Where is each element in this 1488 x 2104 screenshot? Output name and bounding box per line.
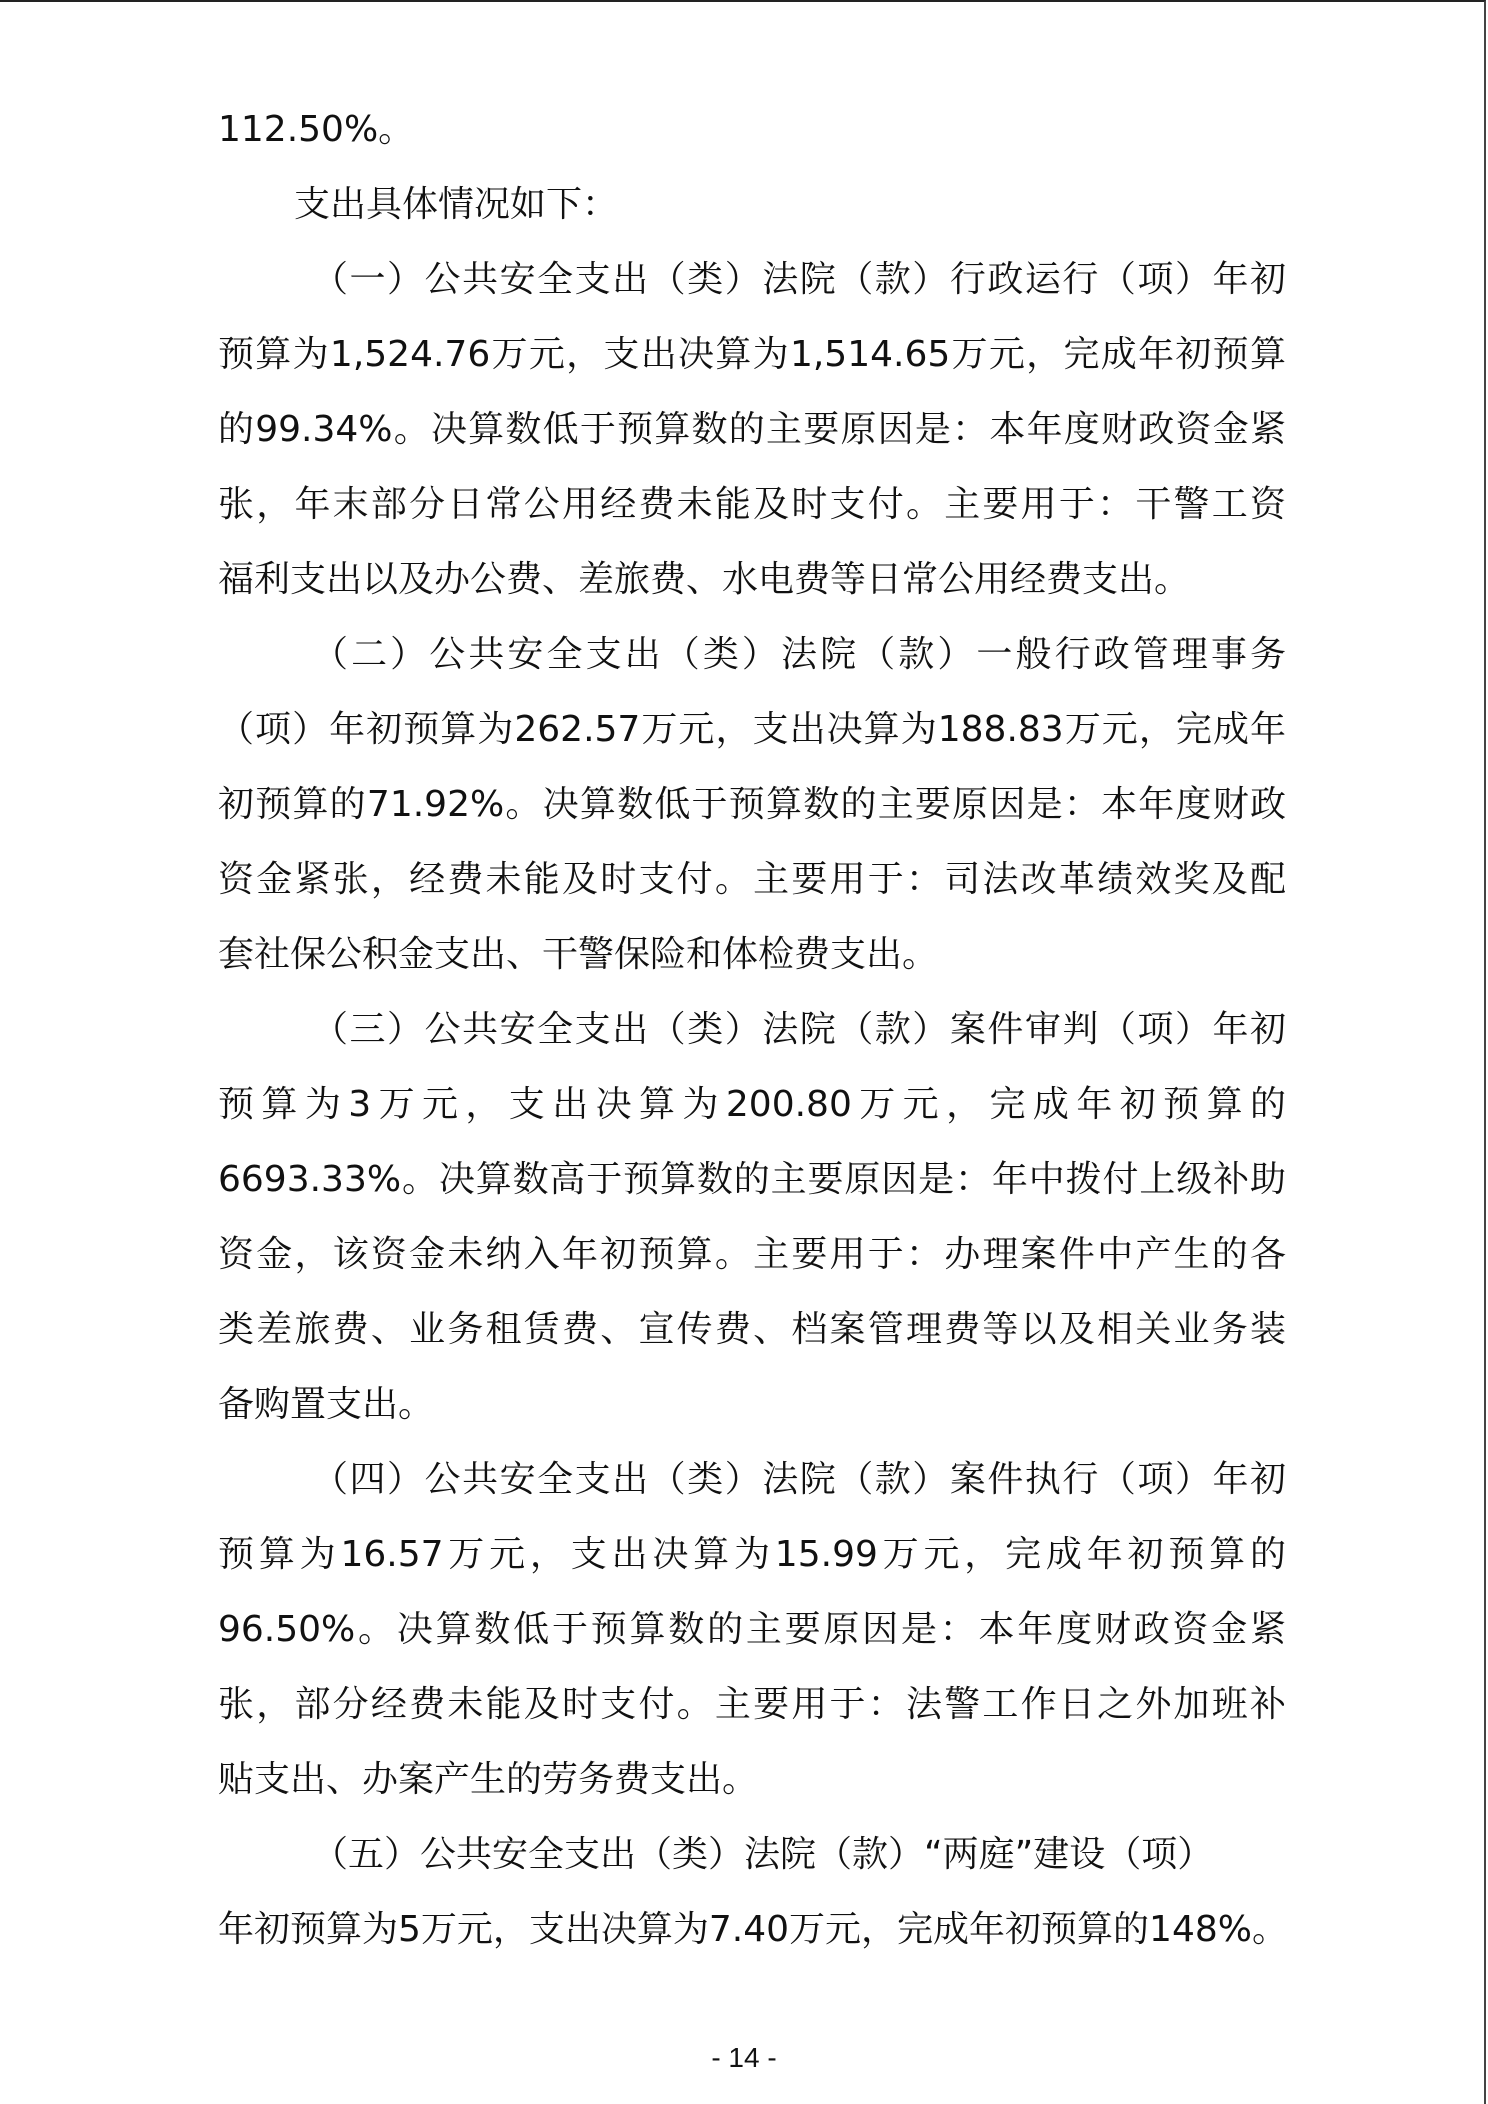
section-3-line: 类差旅费、业务租赁费、宣传费、档案管理费等以及相关业务装 [218,1300,1286,1375]
section-2-line: 初预算的71.92%。决算数低于预算数的主要原因是：本年度财政 [218,775,1286,850]
section-3-heading-line: （三）公共安全支出（类）法院（款）案件审判（项）年初 [218,1000,1286,1075]
section-2-line-end: 套社保公积金支出、干警保险和体检费支出。 [218,925,1286,1000]
section-3-line: 6693.33%。决算数高于预算数的主要原因是：年中拨付上级补助 [218,1150,1286,1225]
section-2-line: 资金紧张，经费未能及时支付。主要用于：司法改革绩效奖及配 [218,850,1286,925]
page-number: - 14 - [0,2042,1488,2074]
section-3-line: 预算为3万元，支出决算为200.80万元，完成年初预算的 [218,1075,1286,1150]
section-1-line-end: 福利支出以及办公费、差旅费、水电费等日常公用经费支出。 [218,550,1286,625]
section-5-heading-line: （五）公共安全支出（类）法院（款）“两庭”建设（项） [218,1825,1286,1900]
section-3-line-end: 备购置支出。 [218,1375,1286,1450]
section-5-line-end: 年初预算为5万元，支出决算为7.40万元，完成年初预算的148%。 [218,1900,1286,1975]
text-line-continuation: 112.50%。 [218,100,1286,175]
section-1-line: 的99.34%。决算数低于预算数的主要原因是：本年度财政资金紧 [218,400,1286,475]
section-4-line: 96.50%。决算数低于预算数的主要原因是：本年度财政资金紧 [218,1600,1286,1675]
section-2-line: （项）年初预算为262.57万元，支出决算为188.83万元，完成年 [218,700,1286,775]
section-2-heading-line: （二）公共安全支出（类）法院（款）一般行政管理事务 [218,625,1286,700]
document-body: 112.50%。 支出具体情况如下： （一）公共安全支出（类）法院（款）行政运行… [218,100,1286,1975]
section-1-line: 预算为1,524.76万元，支出决算为1,514.65万元，完成年初预算 [218,325,1286,400]
document-page: 112.50%。 支出具体情况如下： （一）公共安全支出（类）法院（款）行政运行… [0,0,1486,2104]
section-4-line: 张，部分经费未能及时支付。主要用于：法警工作日之外加班补 [218,1675,1286,1750]
section-4-line-end: 贴支出、办案产生的劳务费支出。 [218,1750,1286,1825]
section-4-line: 预算为16.57万元，支出决算为15.99万元，完成年初预算的 [218,1525,1286,1600]
section-1-line: 张，年末部分日常公用经费未能及时支付。主要用于：干警工资 [218,475,1286,550]
text-line-intro: 支出具体情况如下： [218,175,1286,250]
section-4-heading-line: （四）公共安全支出（类）法院（款）案件执行（项）年初 [218,1450,1286,1525]
section-1-heading-line: （一）公共安全支出（类）法院（款）行政运行（项）年初 [218,250,1286,325]
section-3-line: 资金，该资金未纳入年初预算。主要用于：办理案件中产生的各 [218,1225,1286,1300]
